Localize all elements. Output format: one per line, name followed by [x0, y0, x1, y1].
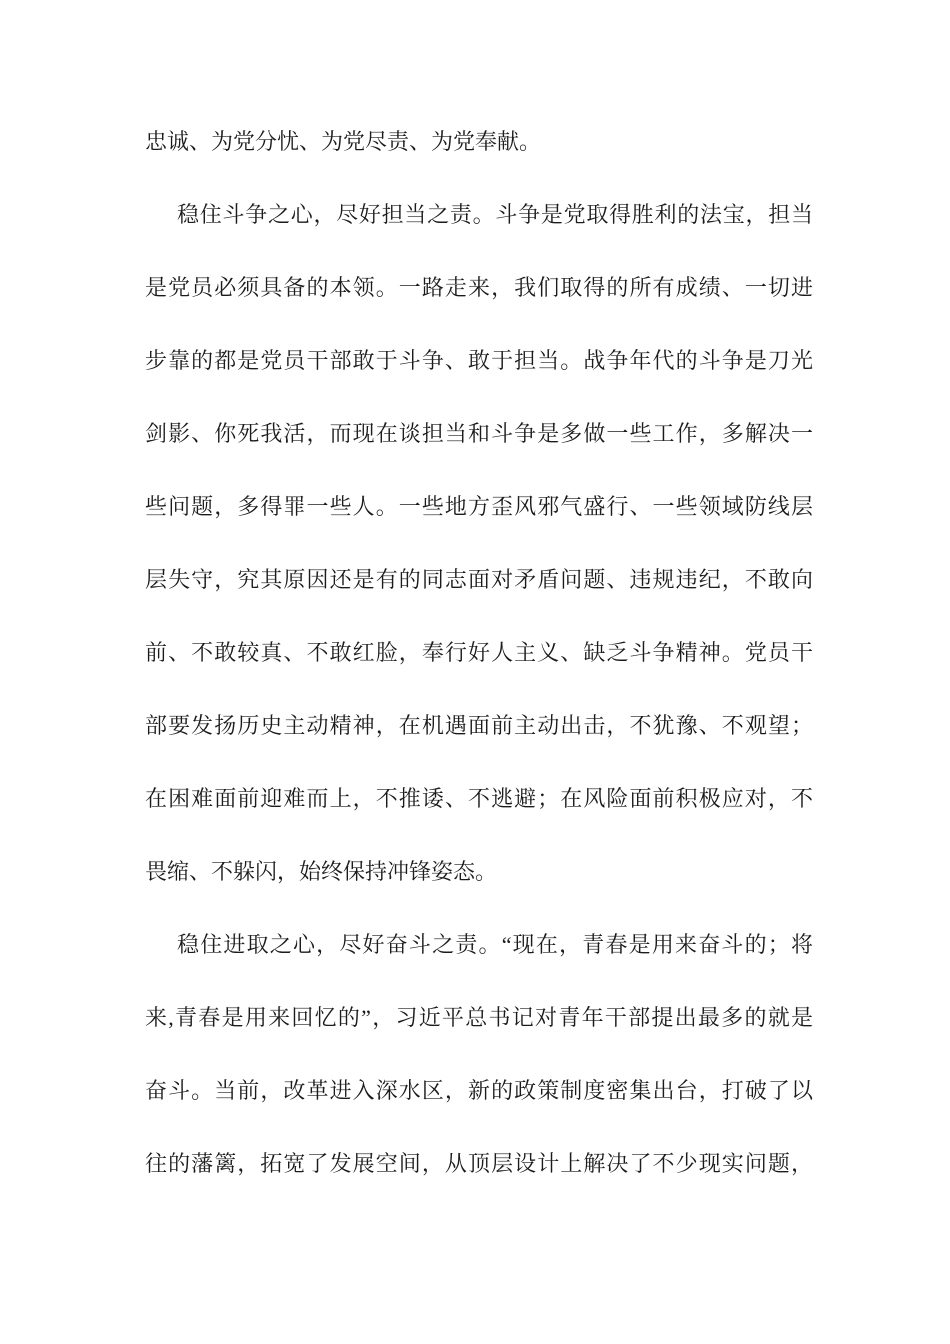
document-line-1: 忠诚、为党分忧、为党尽责、为党奉献。 [145, 105, 813, 178]
document-line-4: 步靠的都是党员干部敢于斗争、敢于担当。战争年代的斗争是刀光 [145, 324, 813, 397]
document-text-block: 忠诚、为党分忧、为党尽责、为党奉献。 稳住斗争之心，尽好担当之责。斗争是党取得胜… [145, 105, 813, 1200]
document-line-6: 些问题，多得罪一些人。一些地方歪风邪气盛行、一些领域防线层 [145, 470, 813, 543]
document-line-15: 往的藩篱，拓宽了发展空间，从顶层设计上解决了不少现实问题， [145, 1127, 813, 1200]
document-line-8: 前、不敢较真、不敢红脸，奉行好人主义、缺乏斗争精神。党员干 [145, 616, 813, 689]
document-line-7: 层失守，究其原因还是有的同志面对矛盾问题、违规违纪，不敢向 [145, 543, 813, 616]
document-line-10: 在困难面前迎难而上，不推诿、不逃避；在风险面前积极应对，不 [145, 762, 813, 835]
document-line-12: 稳住进取之心，尽好奋斗之责。“现在，青春是用来奋斗的；将 [145, 908, 813, 981]
document-line-3: 是党员必须具备的本领。一路走来，我们取得的所有成绩、一切进 [145, 251, 813, 324]
document-page: 忠诚、为党分忧、为党尽责、为党奉献。 稳住斗争之心，尽好担当之责。斗争是党取得胜… [0, 0, 950, 1344]
document-line-5: 剑影、你死我活，而现在谈担当和斗争是多做一些工作，多解决一 [145, 397, 813, 470]
document-line-13: 来,青春是用来回忆的”，习近平总书记对青年干部提出最多的就是 [145, 981, 813, 1054]
document-line-14: 奋斗。当前，改革进入深水区，新的政策制度密集出台，打破了以 [145, 1054, 813, 1127]
document-line-9: 部要发扬历史主动精神，在机遇面前主动出击，不犹豫、不观望； [145, 689, 813, 762]
document-line-2: 稳住斗争之心，尽好担当之责。斗争是党取得胜利的法宝，担当 [145, 178, 813, 251]
document-line-11: 畏缩、不躲闪，始终保持冲锋姿态。 [145, 835, 813, 908]
